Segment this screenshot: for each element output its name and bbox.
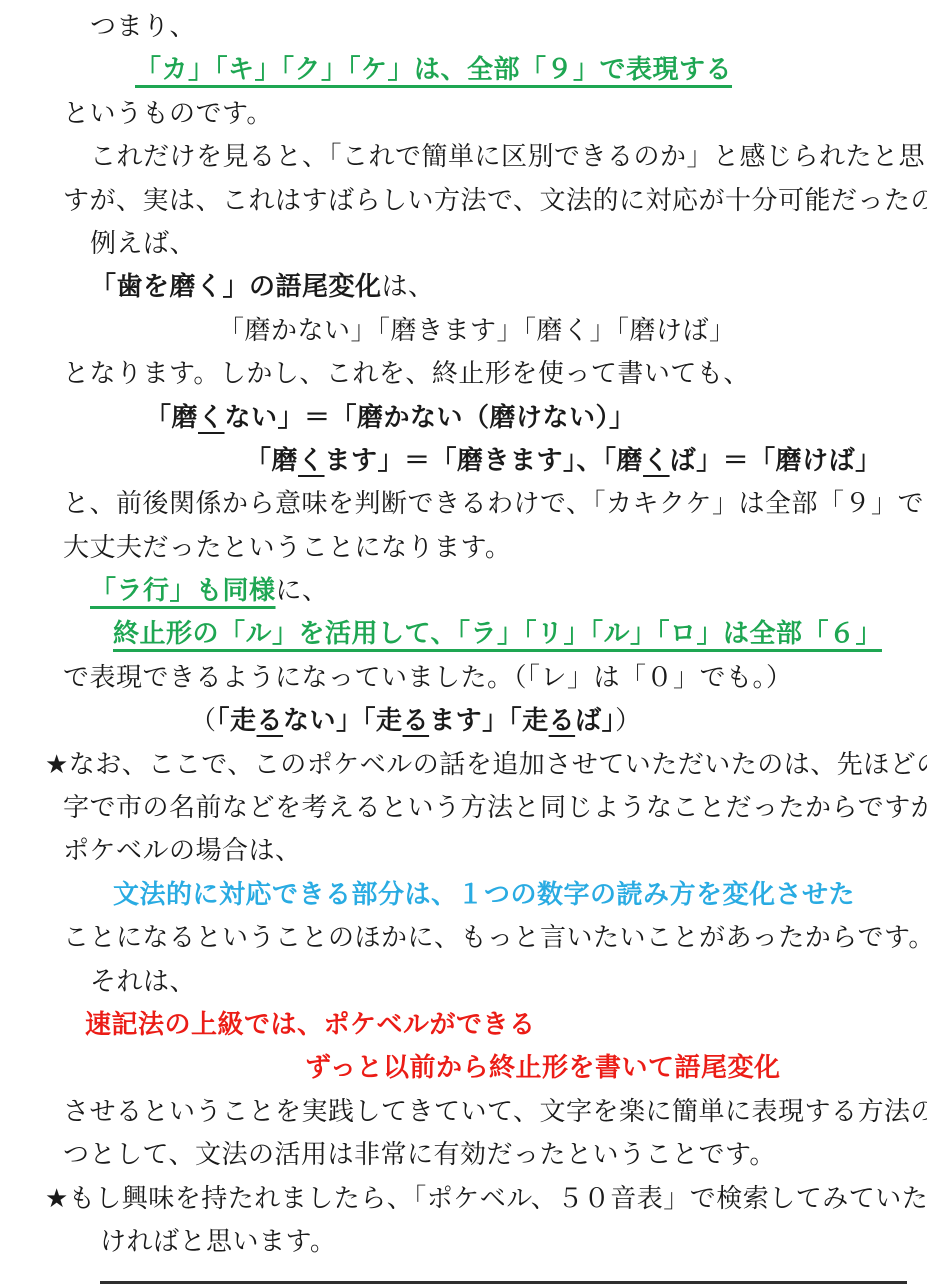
text-segment: 文法的に対応できる部分は、１つの数字の読み方を変化させた — [113, 879, 855, 909]
text-line: 例えば、 — [0, 222, 927, 265]
text-segment: 大丈夫だったということになります。 — [63, 532, 511, 562]
text-segment: すが、実は、これはすばらしい方法で、文法的に対応が十分可能だったのです。 — [63, 185, 927, 215]
text-segment: となります。しかし、これを、終止形を使って書いても、 — [63, 358, 750, 388]
text-line: ★なお、ここで、このポケベルの話を追加させていただいたのは、先ほどの数 — [0, 743, 927, 786]
text-line: で表現できるようになっていました。（「レ」は「０」でも。） — [0, 656, 927, 699]
text-line: となります。しかし、これを、終止形を使って書いても、 — [0, 352, 927, 395]
text-line: と、前後関係から意味を判断できるわけで、「カキクケ」は全部「９」でも — [0, 482, 927, 525]
text-segment: 「走 — [217, 705, 257, 735]
text-segment: は、 — [382, 271, 435, 301]
text-segment: 例えば、 — [90, 228, 196, 258]
text-segment: に、 — [276, 575, 329, 605]
text-line: 「磨かない」「磨きます」「磨く」「磨けば」 — [0, 309, 927, 352]
text-segment: というものです。 — [63, 98, 273, 128]
text-line: 「歯を磨く」の語尾変化は、 — [0, 265, 927, 308]
text-segment: これだけを見ると、「これで簡単に区別できるのか」と感じられたと思いま — [90, 141, 927, 171]
text-segment: で表現できるようになっていました。（「レ」は「０」でも。） — [63, 662, 793, 692]
text-line: 「磨くない」＝「磨かない（磨けない）」 — [0, 396, 927, 439]
text-segment: ければと思います。 — [100, 1226, 336, 1256]
text-segment: く — [198, 402, 225, 432]
text-line: 大丈夫だったということになります。 — [0, 526, 927, 569]
text-segment: と、前後関係から意味を判断できるわけで、「カキクケ」は全部「９」でも — [63, 488, 927, 518]
text-segment: つまり、 — [90, 11, 196, 41]
text-line: 速記法の上級では、ポケベルができる — [0, 1003, 927, 1046]
text-line: つまり、 — [0, 5, 927, 48]
text-segment: ます」「走 — [429, 705, 549, 735]
text-line: 「ラ行」も同様に、 — [0, 569, 927, 612]
text-line: ★もし興味を持たれましたら、「ポケベル、５０音表」で検索してみていただ — [0, 1177, 927, 1220]
document-page: つまり、「カ」「キ」「ク」「ケ」は、全部「９」で表現するというものです。これだけ… — [0, 5, 927, 1263]
text-line: （「走るない」「走るます」「走るば」） — [0, 699, 927, 742]
text-segment: 「磨 — [245, 445, 298, 475]
text-segment: 字で市の名前などを考えるという方法と同じようなことだったからですが、 — [63, 792, 927, 822]
text-segment: （ — [190, 705, 217, 735]
text-line: すが、実は、これはすばらしい方法で、文法的に対応が十分可能だったのです。 — [0, 179, 927, 222]
text-segment: ことになるということのほかに、もっと言いたいことがあったからです。 — [63, 922, 927, 952]
text-segment: 「ラ行」も同様 — [90, 575, 276, 605]
text-segment: ない」「走 — [283, 705, 403, 735]
text-segment: る — [549, 705, 576, 735]
text-segment: 「磨 — [145, 402, 198, 432]
text-line: ことになるということのほかに、もっと言いたいことがあったからです。 — [0, 916, 927, 959]
text-line: ければと思います。 — [0, 1220, 927, 1263]
text-segment: 「カ」「キ」「ク」「ケ」は、全部「９」で表現する — [135, 54, 732, 84]
text-line: 終止形の「ル」を活用して、「ラ」「リ」「ル」「ロ」は全部「６」 — [0, 612, 927, 655]
text-line: ずっと以前から終止形を書いて語尾変化 — [0, 1046, 927, 1089]
text-line: それは、 — [0, 960, 927, 1003]
text-line: 「カ」「キ」「ク」「ケ」は、全部「９」で表現する — [0, 48, 927, 91]
text-segment: く — [298, 445, 325, 475]
text-segment: ポケベルの場合は、 — [63, 835, 302, 865]
text-segment: ない」＝「磨かない（磨けない）」 — [225, 402, 636, 432]
text-segment: させるということを実践してきていて、文字を楽に簡単に表現する方法の一 — [63, 1096, 927, 1126]
text-segment: ） — [615, 705, 642, 735]
text-line: させるということを実践してきていて、文字を楽に簡単に表現する方法の一 — [0, 1090, 927, 1133]
text-segment: る — [403, 705, 430, 735]
text-line: 文法的に対応できる部分は、１つの数字の読み方を変化させた — [0, 873, 927, 916]
text-segment: る — [257, 705, 284, 735]
text-line: 字で市の名前などを考えるという方法と同じようなことだったからですが、 — [0, 786, 927, 829]
text-line: ポケベルの場合は、 — [0, 829, 927, 872]
text-segment: 「歯を磨く」の語尾変化 — [90, 271, 382, 301]
text-line: これだけを見ると、「これで簡単に区別できるのか」と感じられたと思いま — [0, 135, 927, 178]
text-line: 「磨くます」＝「磨きます」、「磨くば」＝「磨けば」 — [0, 439, 927, 482]
text-line: というものです。 — [0, 92, 927, 135]
text-segment: く — [643, 445, 670, 475]
text-segment: ば」 — [575, 705, 615, 735]
text-segment: ずっと以前から終止形を書いて語尾変化 — [305, 1052, 780, 1082]
text-segment: ★なお、ここで、このポケベルの話を追加させていただいたのは、先ほどの数 — [45, 749, 927, 779]
text-segment: それは、 — [90, 966, 196, 996]
text-segment: つとして、文法の活用は非常に有効だったということです。 — [63, 1139, 776, 1169]
text-segment: 終止形の「ル」を活用して、「ラ」「リ」「ル」「ロ」は全部「６」 — [113, 618, 882, 648]
text-segment: 「磨かない」「磨きます」「磨く」「磨けば」 — [218, 315, 736, 345]
text-segment: ます」＝「磨きます」、「磨 — [325, 445, 644, 475]
text-line: つとして、文法の活用は非常に有効だったということです。 — [0, 1133, 927, 1176]
text-segment: ★もし興味を持たれましたら、「ポケベル、５０音表」で検索してみていただ — [45, 1183, 927, 1213]
text-segment: ば」＝「磨けば」 — [670, 445, 882, 475]
text-segment: 速記法の上級では、ポケベルができる — [85, 1009, 536, 1039]
